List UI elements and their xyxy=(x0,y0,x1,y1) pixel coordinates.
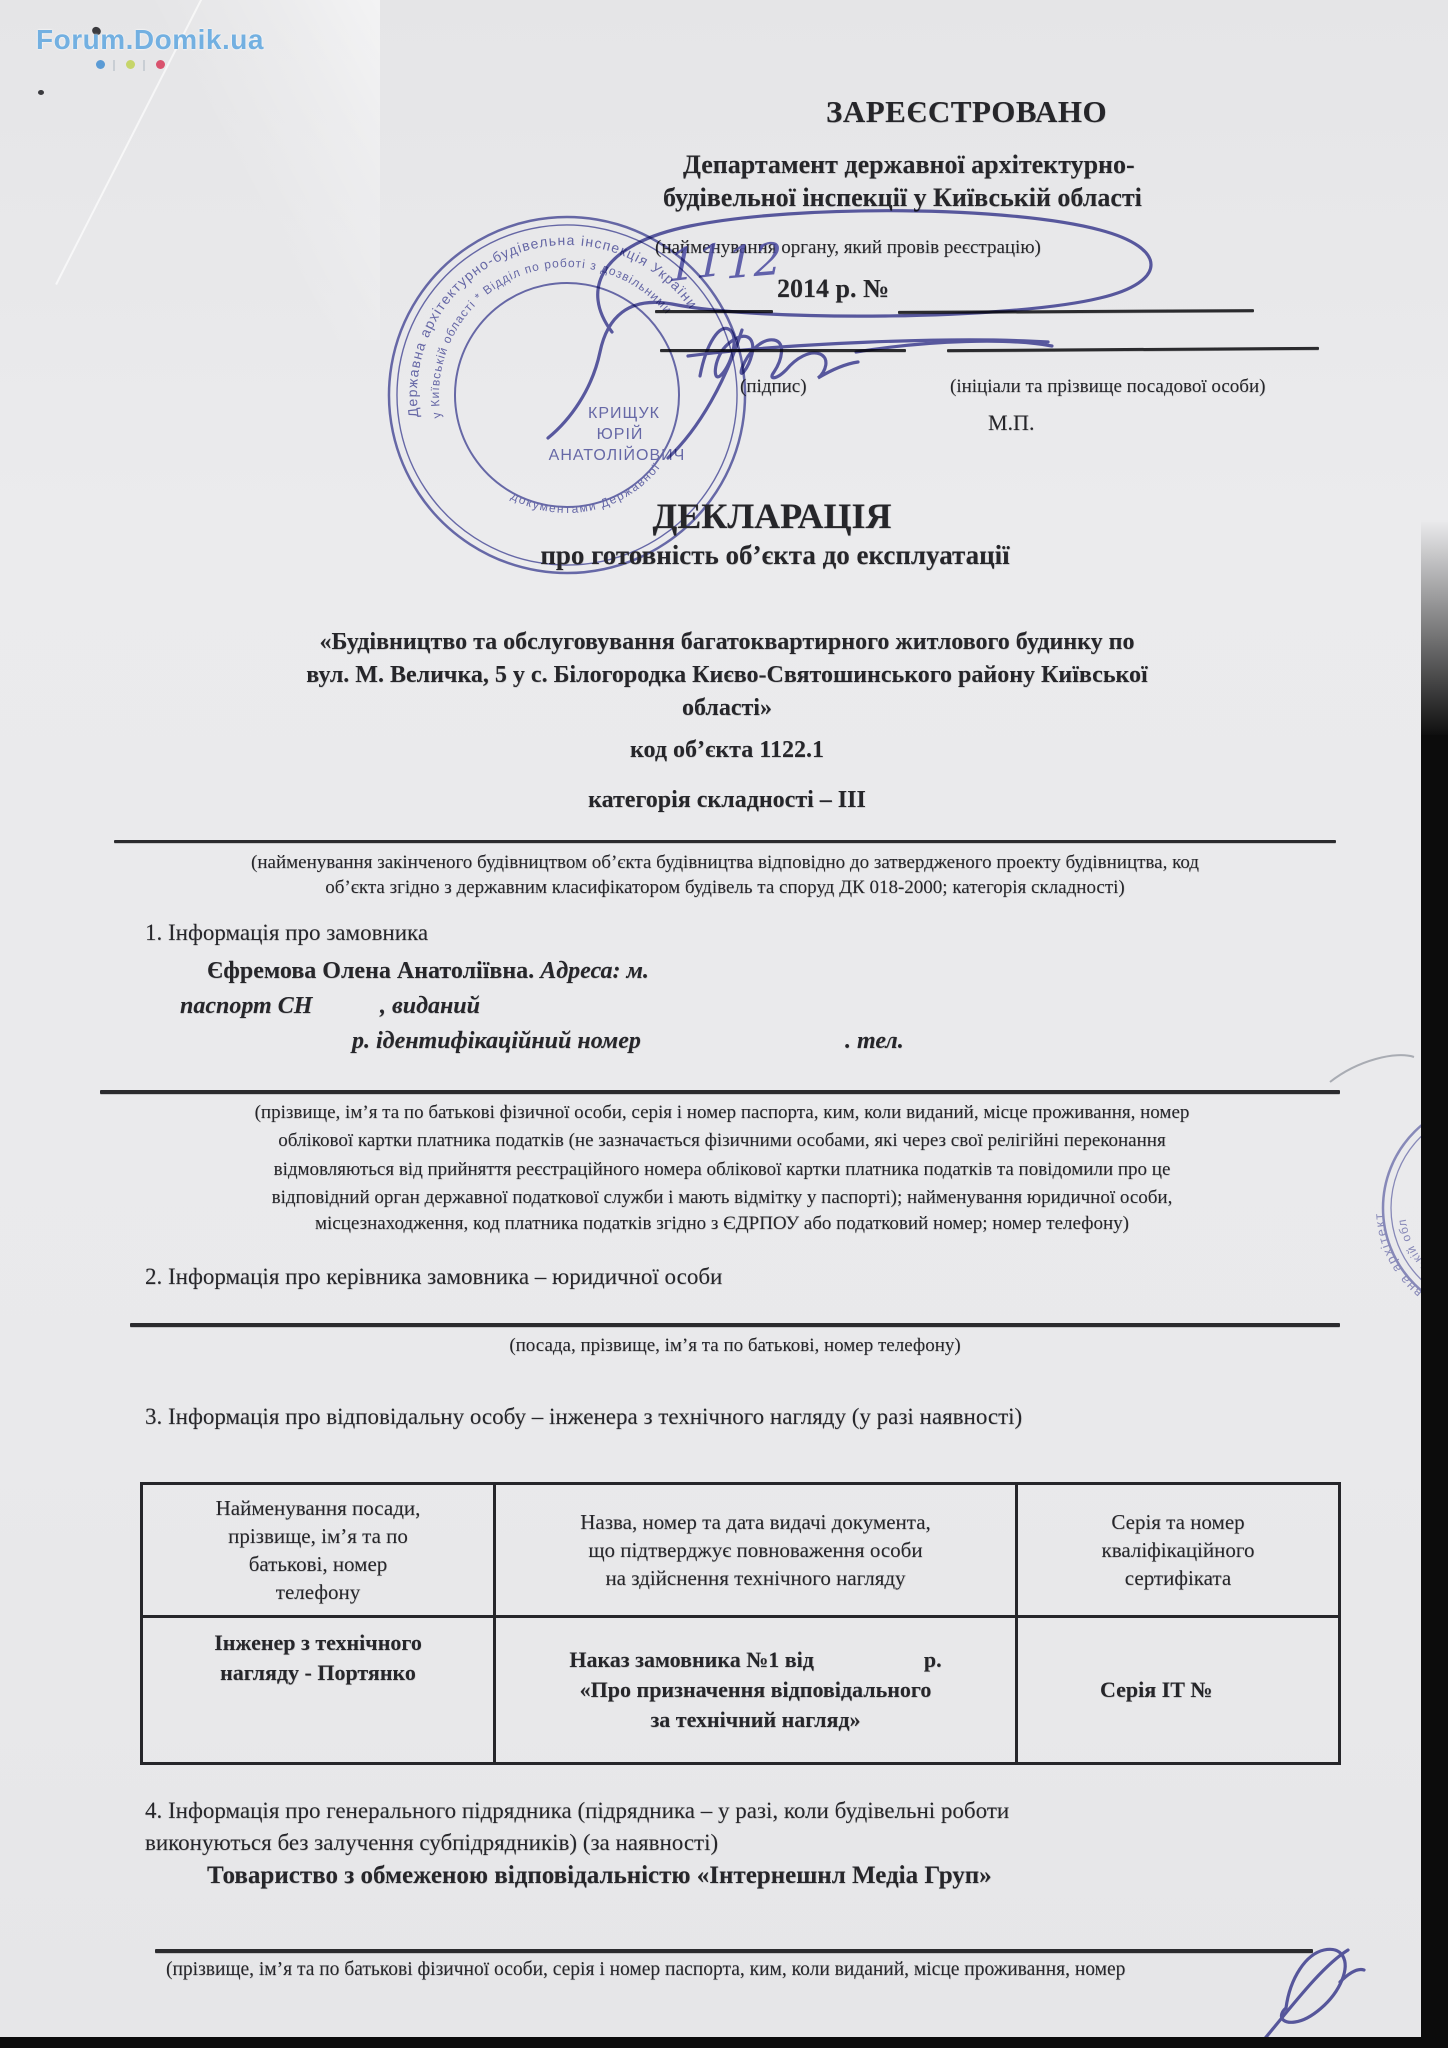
section1-caption-line4: відповідний орган державної податкової с… xyxy=(104,1186,1340,1209)
object-name-line2: вул. М. Величка, 5 у с. Білогородка Києв… xyxy=(134,659,1320,692)
object-caption-line2: об’єкта згідно з державним класифікаторо… xyxy=(114,876,1336,899)
passport-issued-label: , виданий xyxy=(380,993,480,1020)
object-category: категорія складності – ІІІ xyxy=(134,787,1320,814)
title-line1: ДЕКЛАРАЦІЯ xyxy=(572,495,972,537)
table-header-position: Найменування посади, прізвище, ім’я та п… xyxy=(142,1484,495,1617)
section4-heading-line1: 4. Інформація про генерального підрядник… xyxy=(145,1798,1009,1824)
section4-underline xyxy=(155,1949,1313,1953)
section1-underline xyxy=(100,1090,1340,1094)
section2-underline xyxy=(130,1323,1340,1327)
title-line2: про готовність об’єкта до експлуатації xyxy=(450,540,1100,571)
customer-address-label: Адреса: м. xyxy=(540,958,649,984)
object-underline xyxy=(114,840,1336,843)
cell-engineer: Інженер з технічного нагляду - Портянко xyxy=(142,1617,495,1764)
signature-descender xyxy=(668,330,742,458)
scan-edge-bottom xyxy=(0,2037,1448,2048)
section2-heading: 2. Інформація про керівника замовника – … xyxy=(145,1264,722,1290)
scanned-document-page: Forum.Domik.ua ЗАРЕЄСТРОВАНО Департамент… xyxy=(0,0,1448,2048)
pen-loop-stroke xyxy=(548,211,1151,438)
customer-name-line: Єфремова Олена Анатоліївна. Адреса: м. xyxy=(207,958,649,985)
tech-supervision-table: Найменування посади, прізвище, ім’я та п… xyxy=(140,1482,1341,1765)
ident-number-label: р. ідентифікаційний номер xyxy=(352,1028,641,1055)
phone-label: . тел. xyxy=(845,1028,904,1055)
section4-heading-line2: виконуються без залучення субпідрядників… xyxy=(145,1830,718,1856)
object-name-line3: області» xyxy=(134,692,1320,725)
section1-caption-line2: облікової картки платника податків (не з… xyxy=(104,1129,1340,1152)
section2-caption: (посада, прізвище, ім’я та по батькові, … xyxy=(130,1334,1340,1357)
cell-order: Наказ замовника №1 від р. «Про призначен… xyxy=(495,1617,1017,1764)
contractor-company: Товариство з обмеженою відповідальністю … xyxy=(207,1862,992,1890)
object-caption-line1: (найменування закінченого будівництвом о… xyxy=(114,851,1336,874)
table-data-row: Інженер з технічного нагляду - Портянко … xyxy=(142,1617,1340,1764)
object-code: код об’єкта 1122.1 xyxy=(134,737,1320,764)
object-name-line1: «Будівництво та обслуговування багатоква… xyxy=(134,626,1320,659)
section1-heading: 1. Інформація про замовника xyxy=(145,920,428,946)
table-header-certificate: Серія та номер кваліфікаційного сертифік… xyxy=(1017,1484,1340,1617)
section1-caption-line1: (прізвище, ім’я та по батькові фізичної … xyxy=(104,1101,1340,1124)
table-header-document: Назва, номер та дата видачі документа, щ… xyxy=(495,1484,1017,1617)
customer-name: Єфремова Олена Анатоліївна. xyxy=(207,958,534,984)
section4-caption: (прізвище, ім’я та по батькові фізичної … xyxy=(166,1959,1125,1981)
scan-edge-right-fade xyxy=(1421,520,1448,738)
section1-caption-line3: відмовляються від прийняття реєстраційно… xyxy=(104,1158,1340,1181)
scan-edge-right xyxy=(1421,735,1448,2048)
passport-label: паспорт СН xyxy=(180,993,312,1020)
section3-heading: 3. Інформація про відповідальну особу – … xyxy=(145,1404,1022,1430)
cell-certificate: Серія ІТ № xyxy=(1017,1617,1340,1764)
pencil-mark xyxy=(1330,1055,1414,1082)
section1-caption-line5: місцезнаходження, код платника податків … xyxy=(104,1212,1340,1235)
table-header-row: Найменування посади, прізвище, ім’я та п… xyxy=(142,1484,1340,1617)
object-name: «Будівництво та обслуговування багатоква… xyxy=(134,626,1320,725)
